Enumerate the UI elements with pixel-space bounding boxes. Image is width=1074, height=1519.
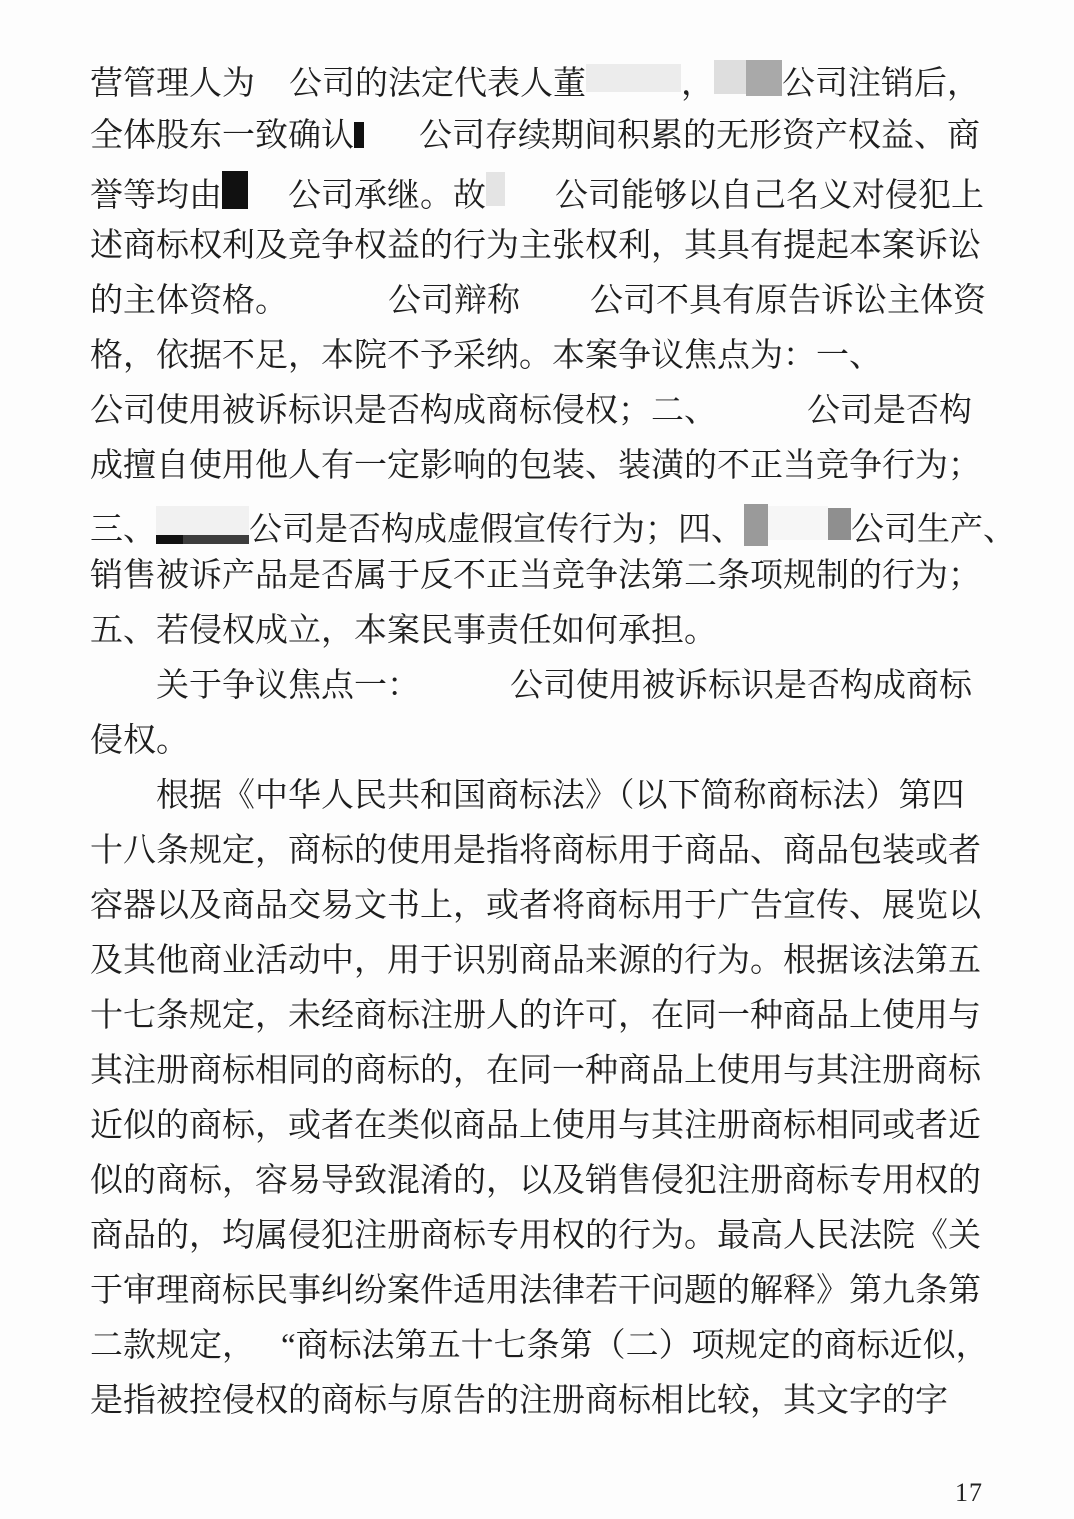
text-segment: 的主体资格。	[90, 283, 288, 319]
text-line: 公司使用被诉标识是否构成商标侵权；二、公司是否构	[90, 388, 1010, 434]
text-segment: 公司是否构	[807, 393, 972, 429]
text-line: 誉等均由公司承继。故公司能够以自己名义对侵犯上	[90, 168, 1010, 219]
redaction-gap	[420, 695, 510, 696]
text-line: 容器以及商品交易文书上，或者将商标用于广告宣传、展览以	[90, 883, 1010, 929]
text-segment: 公司使用被诉标识是否构成商标侵权；二、	[90, 393, 717, 429]
text-segment: 侵权。	[90, 723, 189, 759]
redaction-gap	[505, 205, 555, 206]
text-segment: 是指被控侵权的商标与原告的注册商标相比较，其文字的字	[90, 1383, 948, 1419]
text-line: 近似的商标，或者在类似商品上使用与其注册商标相同或者近	[90, 1103, 1010, 1149]
text-line: 格，依据不足，本院不予采纳。本案争议焦点为：一、	[90, 333, 1010, 379]
text-segment: 格，依据不足，本院不予采纳。本案争议焦点为：一、	[90, 338, 882, 374]
text-segment: 关于争议焦点一：	[156, 668, 420, 704]
redaction-gap	[520, 310, 590, 311]
redaction-bar	[156, 535, 249, 544]
text-segment: 二款规定，	[90, 1328, 255, 1364]
text-line: 二款规定，“商标法第五十七条第（二）项规定的商标近似，	[90, 1323, 1010, 1369]
text-segment: 销售被诉产品是否属于反不正当竞争法第二条项规制的行为；	[90, 558, 981, 594]
text-line: 侵权。	[90, 718, 1010, 764]
text-segment: 述商标权利及竞争权益的行为主张权利，其具有提起本案诉讼	[90, 228, 981, 264]
redaction-gap	[288, 310, 388, 311]
text-segment: 公司注销后，	[782, 66, 980, 102]
redaction-gap	[90, 805, 156, 806]
text-line: 的主体资格。公司辩称公司不具有原告诉讼主体资	[90, 278, 1010, 324]
text-segment: 公司使用被诉标识是否构成商标	[510, 668, 972, 704]
redaction-gap	[255, 93, 289, 94]
text-segment: 营管理人为	[90, 66, 255, 102]
redaction-gap	[364, 145, 419, 146]
text-segment: “商标法第五十七条第（二）项规定的商标近似，	[281, 1328, 989, 1364]
text-line: 三、公司是否构成虚假宣传行为；四、公司生产、	[90, 498, 1010, 553]
text-segment: 公司的法定代表人董	[289, 66, 586, 102]
text-segment: 于审理商标民事纠纷案件适用法律若干问题的解释》第九条第	[90, 1273, 981, 1309]
text-line: 成擅自使用他人有一定影响的包装、装潢的不正当竞争行为；	[90, 443, 1010, 489]
text-segment: 三、	[90, 512, 156, 548]
redaction-gap	[717, 420, 807, 421]
text-line: 似的商标，容易导致混淆的，以及销售侵犯注册商标专用权的	[90, 1158, 1010, 1204]
redaction-gap	[255, 1355, 281, 1356]
redaction-gap	[90, 695, 156, 696]
text-segment: 商品的，均属侵犯注册商标专用权的行为。最高人民法院《关	[90, 1218, 981, 1254]
page-number: 17	[955, 1478, 983, 1508]
text-line: 根据《中华人民共和国商标法》（以下简称商标法）第四	[90, 773, 1010, 819]
text-line: 十七条规定，未经商标注册人的许可，在同一种商品上使用与	[90, 993, 1010, 1039]
text-line: 述商标权利及竞争权益的行为主张权利，其具有提起本案诉讼	[90, 223, 1010, 269]
redaction-box	[714, 60, 746, 94]
redaction-box	[744, 504, 768, 546]
text-line: 商品的，均属侵犯注册商标专用权的行为。最高人民法院《关	[90, 1213, 1010, 1259]
text-segment: 五、若侵权成立，本案民事责任如何承担。	[90, 613, 717, 649]
document-page: 营管理人为公司的法定代表人董，公司注销后，全体股东一致确认公司存续期间积累的无形…	[0, 0, 1074, 1519]
redaction-box	[586, 64, 681, 92]
redaction-box	[768, 506, 828, 540]
redaction-gap	[248, 205, 288, 206]
text-segment: 公司承继。故	[288, 178, 486, 214]
text-segment: 公司能够以自己名义对侵犯上	[555, 178, 984, 214]
text-line: 于审理商标民事纠纷案件适用法律若干问题的解释》第九条第	[90, 1268, 1010, 1314]
redaction-box	[354, 122, 364, 148]
redaction-box	[746, 60, 782, 96]
text-segment: 誉等均由	[90, 178, 222, 214]
text-segment: 全体股东一致确认	[90, 118, 354, 154]
text-line: 关于争议焦点一：公司使用被诉标识是否构成商标	[90, 663, 1010, 709]
text-segment: 及其他商业活动中，用于识别商品来源的行为。根据该法第五	[90, 943, 981, 979]
text-segment: 十七条规定，未经商标注册人的许可，在同一种商品上使用与	[90, 998, 981, 1034]
text-segment: 公司辩称	[388, 283, 520, 319]
text-segment: 公司生产、	[851, 512, 1016, 548]
text-line: 其注册商标相同的商标的，在同一种商品上使用与其注册商标	[90, 1048, 1010, 1094]
text-line: 五、若侵权成立，本案民事责任如何承担。	[90, 608, 1010, 654]
redaction-box	[156, 506, 249, 542]
redaction-box	[222, 171, 248, 209]
text-line: 营管理人为公司的法定代表人董，公司注销后，	[90, 58, 1010, 107]
text-segment: 十八条规定，商标的使用是指将商标用于商品、商品包装或者	[90, 833, 981, 869]
redaction-box	[486, 172, 505, 206]
text-line: 及其他商业活动中，用于识别商品来源的行为。根据该法第五	[90, 938, 1010, 984]
redaction-box	[828, 508, 851, 540]
text-segment: 根据《中华人民共和国商标法》（以下简称商标法）第四	[156, 778, 965, 814]
text-segment: ，	[681, 66, 714, 102]
text-segment: 成擅自使用他人有一定影响的包装、装潢的不正当竞争行为；	[90, 448, 981, 484]
text-segment: 似的商标，容易导致混淆的，以及销售侵犯注册商标专用权的	[90, 1163, 981, 1199]
document-body: 营管理人为公司的法定代表人董，公司注销后，全体股东一致确认公司存续期间积累的无形…	[0, 0, 1074, 1519]
text-line: 是指被控侵权的商标与原告的注册商标相比较，其文字的字	[90, 1378, 1010, 1424]
text-line: 销售被诉产品是否属于反不正当竞争法第二条项规制的行为；	[90, 553, 1010, 599]
text-segment: 公司是否构成虚假宣传行为；四、	[249, 512, 744, 548]
text-segment: 公司不具有原告诉讼主体资	[590, 283, 986, 319]
text-segment: 容器以及商品交易文书上，或者将商标用于广告宣传、展览以	[90, 888, 981, 924]
text-segment: 其注册商标相同的商标的，在同一种商品上使用与其注册商标	[90, 1053, 981, 1089]
text-segment: 近似的商标，或者在类似商品上使用与其注册商标相同或者近	[90, 1108, 981, 1144]
text-segment: 公司存续期间积累的无形资产权益、商	[419, 118, 980, 154]
text-line: 十八条规定，商标的使用是指将商标用于商品、商品包装或者	[90, 828, 1010, 874]
text-line: 全体股东一致确认公司存续期间积累的无形资产权益、商	[90, 113, 1010, 159]
